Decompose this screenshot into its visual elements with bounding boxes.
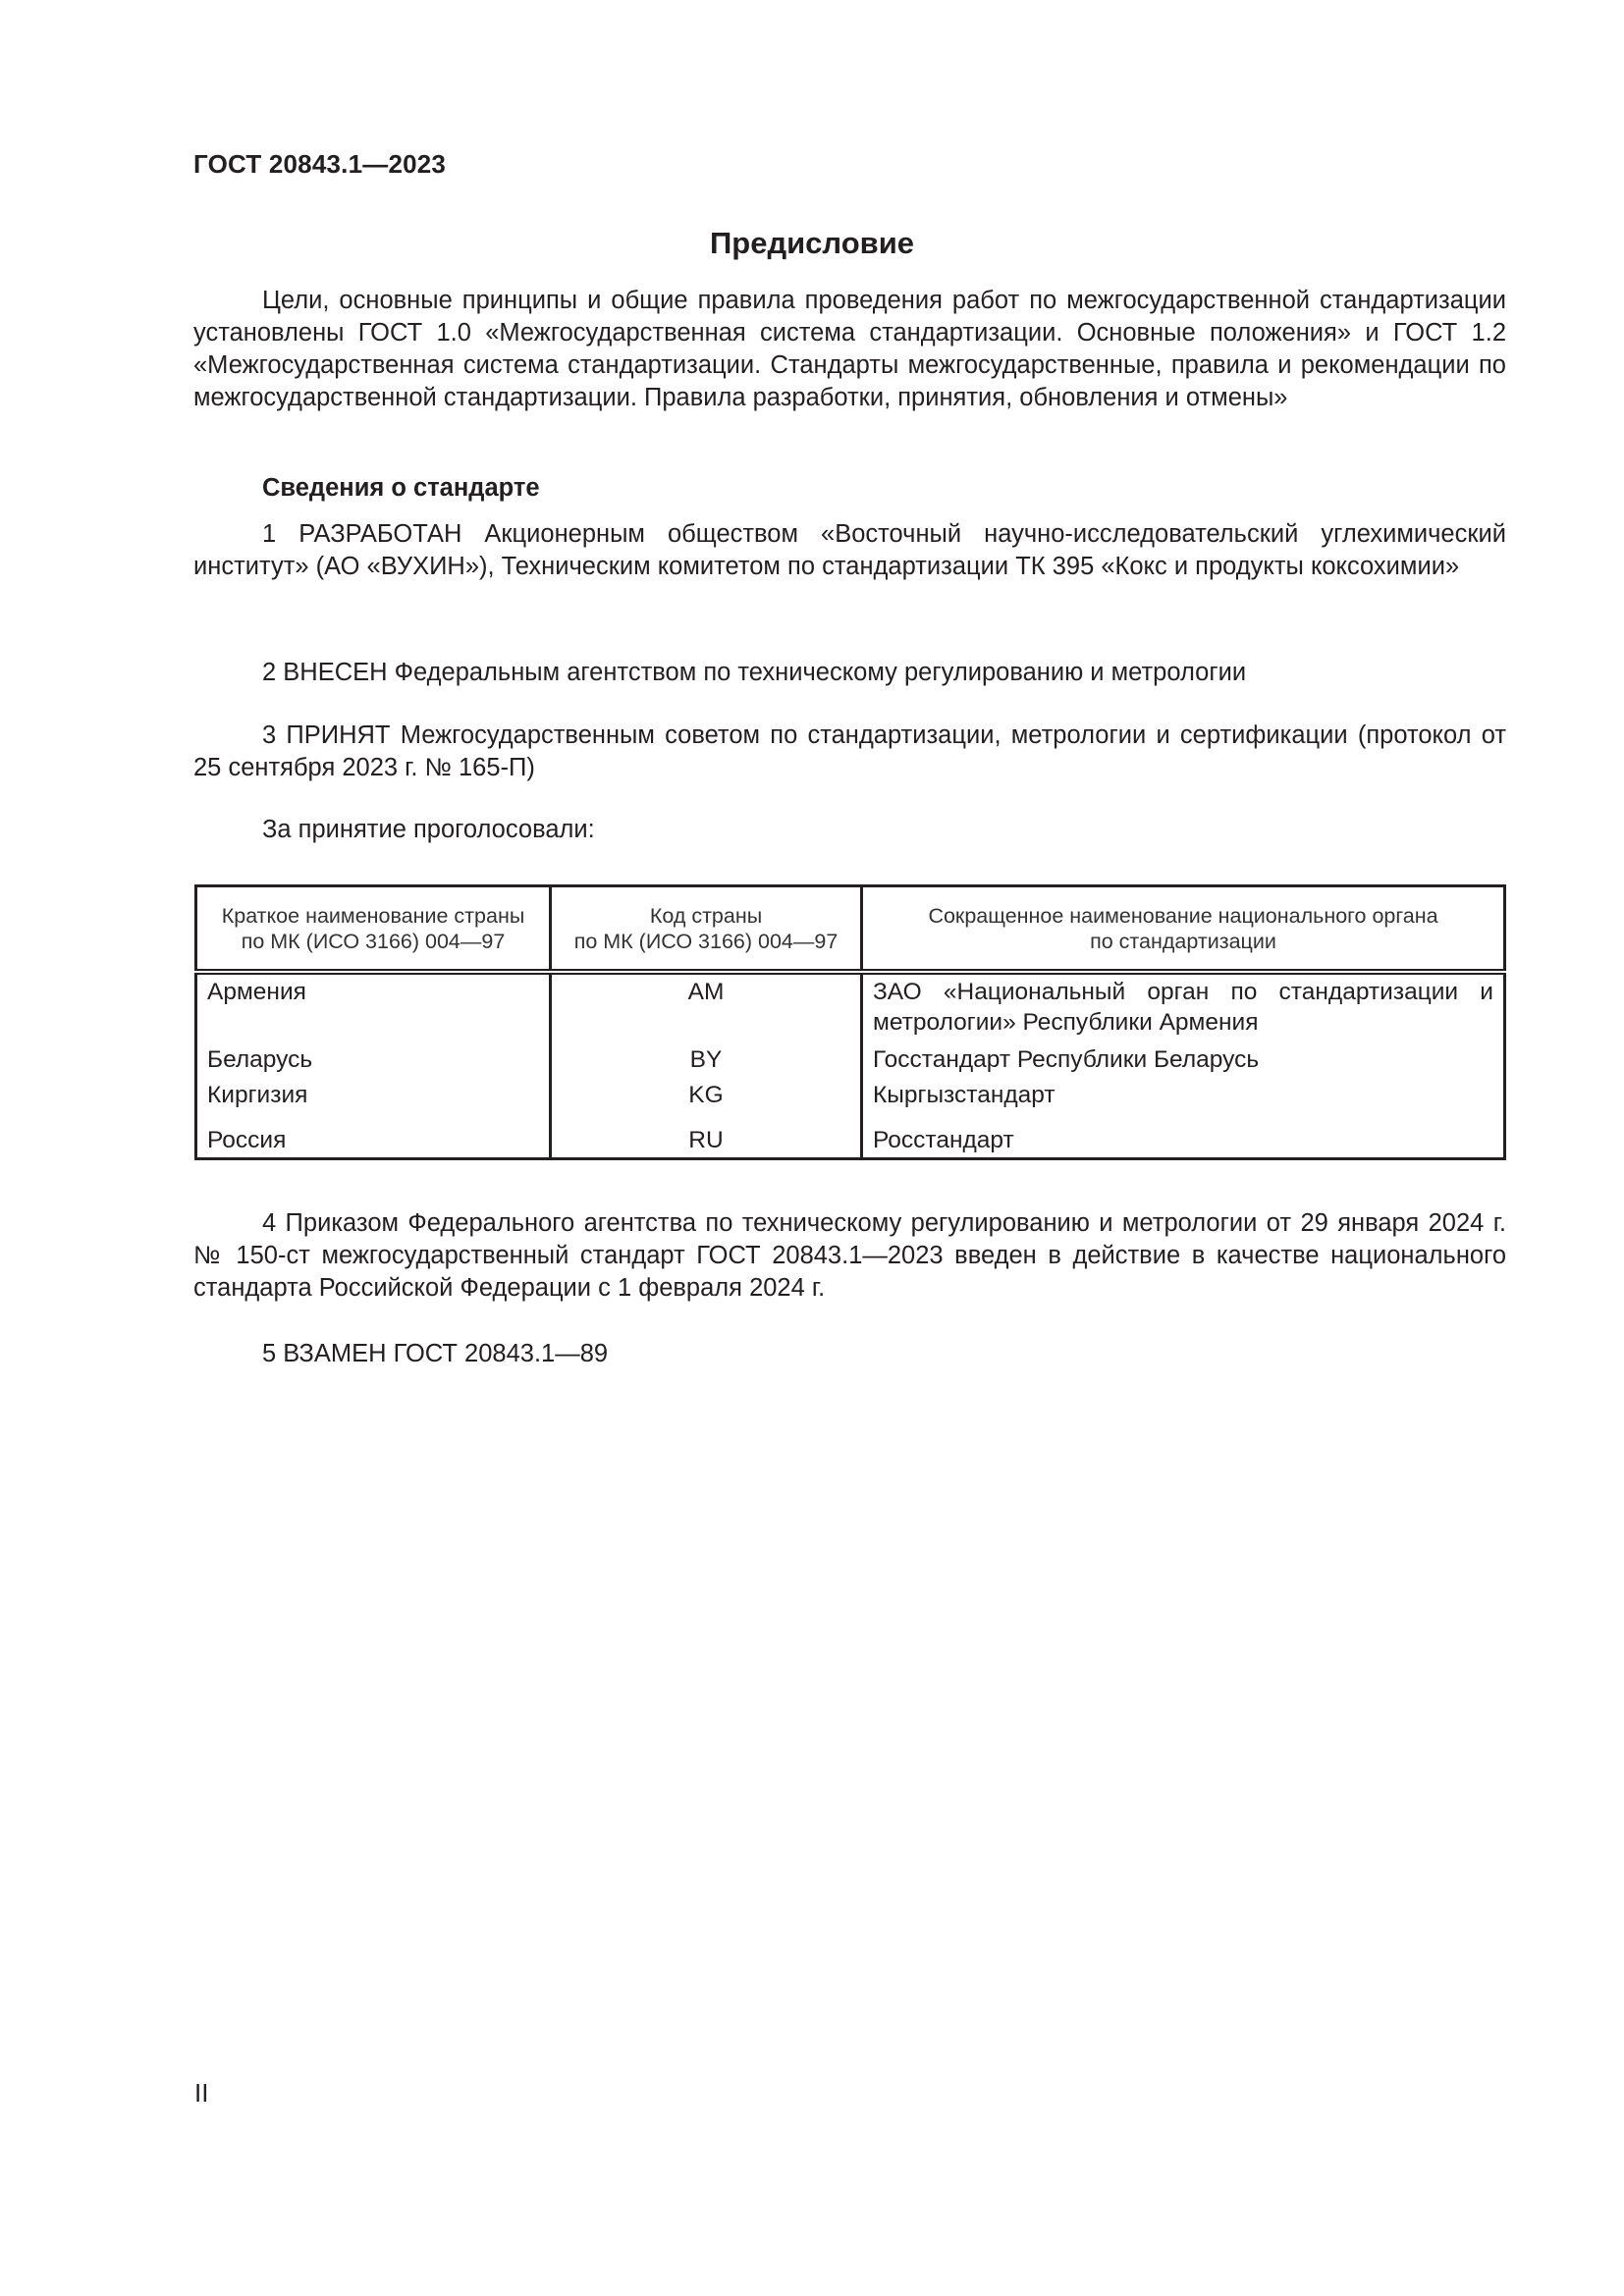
national-body: Госстандарт Республики Беларусь — [862, 1044, 1505, 1080]
page-number: II — [194, 2078, 208, 2109]
country-code: RU — [551, 1125, 862, 1159]
voted-label-text: За принятие проголосовали: — [193, 814, 1506, 846]
country-name: Беларусь — [196, 1044, 551, 1080]
table-row: Армения AM ЗАО «Национальный орган по ст… — [196, 972, 1505, 1044]
info-heading-block: Сведения о стандарте — [193, 472, 1506, 505]
item-4-text: 4 Приказом Федерального агентства по тех… — [193, 1207, 1506, 1305]
item-2-text: 2 ВНЕСЕН Федеральным агентством по техни… — [193, 657, 1506, 689]
item-3-text: 3 ПРИНЯТ Межгосударственным советом по с… — [193, 720, 1506, 784]
document-code: ГОСТ 20843.1—2023 — [193, 149, 446, 180]
intro-text: Цели, основные принципы и общие правила … — [193, 285, 1506, 414]
national-body: Кыргызстандарт — [862, 1080, 1505, 1125]
item-4: 4 Приказом Федерального агентства по тех… — [193, 1207, 1506, 1305]
page-title: Предисловие — [0, 226, 1624, 261]
table-row: Россия RU Росстандарт — [196, 1125, 1505, 1159]
intro-paragraph: Цели, основные принципы и общие правила … — [193, 285, 1506, 414]
item-5: 5 ВЗАМЕН ГОСТ 20843.1—89 — [193, 1338, 1506, 1370]
header-country-name: Краткое наименование страны по МК (ИСО 3… — [196, 886, 551, 973]
item-3: 3 ПРИНЯТ Межгосударственным советом по с… — [193, 720, 1506, 784]
country-name: Армения — [196, 972, 551, 1044]
national-body: Росстандарт — [862, 1125, 1505, 1159]
item-5-text: 5 ВЗАМЕН ГОСТ 20843.1—89 — [193, 1338, 1506, 1370]
country-code: AM — [551, 972, 862, 1044]
country-code: KG — [551, 1080, 862, 1125]
info-heading: Сведения о стандарте — [193, 472, 1506, 505]
table-row: Киргизия KG Кыргызстандарт — [196, 1080, 1505, 1125]
header-country-code: Код страны по МК (ИСО 3166) 004—97 — [551, 886, 862, 973]
voted-label: За принятие проголосовали: — [193, 814, 1506, 846]
voting-table: Краткое наименование страны по МК (ИСО 3… — [194, 884, 1506, 1160]
item-1: 1 РАЗРАБОТАН Акционерным обществом «Вост… — [193, 518, 1506, 583]
header-national-body: Сокращенное наименование национального о… — [862, 886, 1505, 973]
country-code: BY — [551, 1044, 862, 1080]
national-body: ЗАО «Национальный орган по стандартизаци… — [862, 972, 1505, 1044]
table-row: Беларусь BY Госстандарт Республики Белар… — [196, 1044, 1505, 1080]
table-header-row: Краткое наименование страны по МК (ИСО 3… — [196, 886, 1505, 973]
item-2: 2 ВНЕСЕН Федеральным агентством по техни… — [193, 657, 1506, 689]
country-name: Россия — [196, 1125, 551, 1159]
country-name: Киргизия — [196, 1080, 551, 1125]
item-1-text: 1 РАЗРАБОТАН Акционерным обществом «Вост… — [193, 518, 1506, 583]
